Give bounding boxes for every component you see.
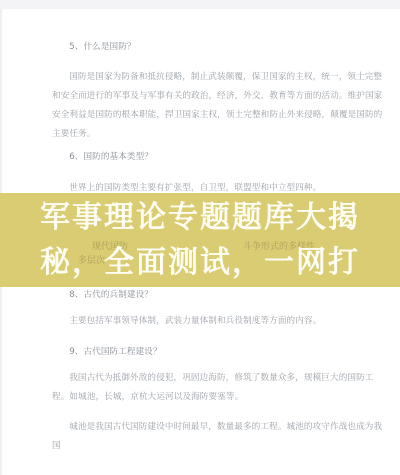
- promo-title-line-1: 军事理论专题题库大揭: [40, 195, 360, 240]
- answer-paragraph-9b: 城池是我国古代国防建设中时间最早，数量最多的工程。城池的攻守作战也成为我国: [52, 418, 388, 456]
- question-heading-9: 9、古代国防工程建设？: [52, 343, 388, 362]
- answer-paragraph-9a: 我国古代为抵御外敌的侵犯，巩固边海防，修筑了数量众多，规模巨大的国防工程。如城池…: [52, 369, 388, 407]
- question-heading-8: 8、古代的兵制建设？: [52, 286, 388, 305]
- promo-title-line-2: 秘，全面测试，一网打: [40, 240, 360, 285]
- answer-paragraph-8: 主要包括军事领导体制，武装力量体制和兵役制度等方面的内容。: [52, 312, 388, 331]
- question-heading-6: 6、国防的基本类型？: [52, 148, 388, 167]
- page-top-strip: [0, 0, 400, 9]
- question-heading-5: 5、什么是国防？: [52, 38, 388, 57]
- answer-paragraph-5: 国防是国家为防备和抵抗侵略，制止武装颠覆，保卫国家的主权，统一，领土完整和安全而…: [52, 68, 388, 144]
- promo-title-banner[interactable]: 现代国防 斗争形式的多样性 多层次 军事理论专题题库大揭 秘，全面测试，一网打: [0, 193, 400, 287]
